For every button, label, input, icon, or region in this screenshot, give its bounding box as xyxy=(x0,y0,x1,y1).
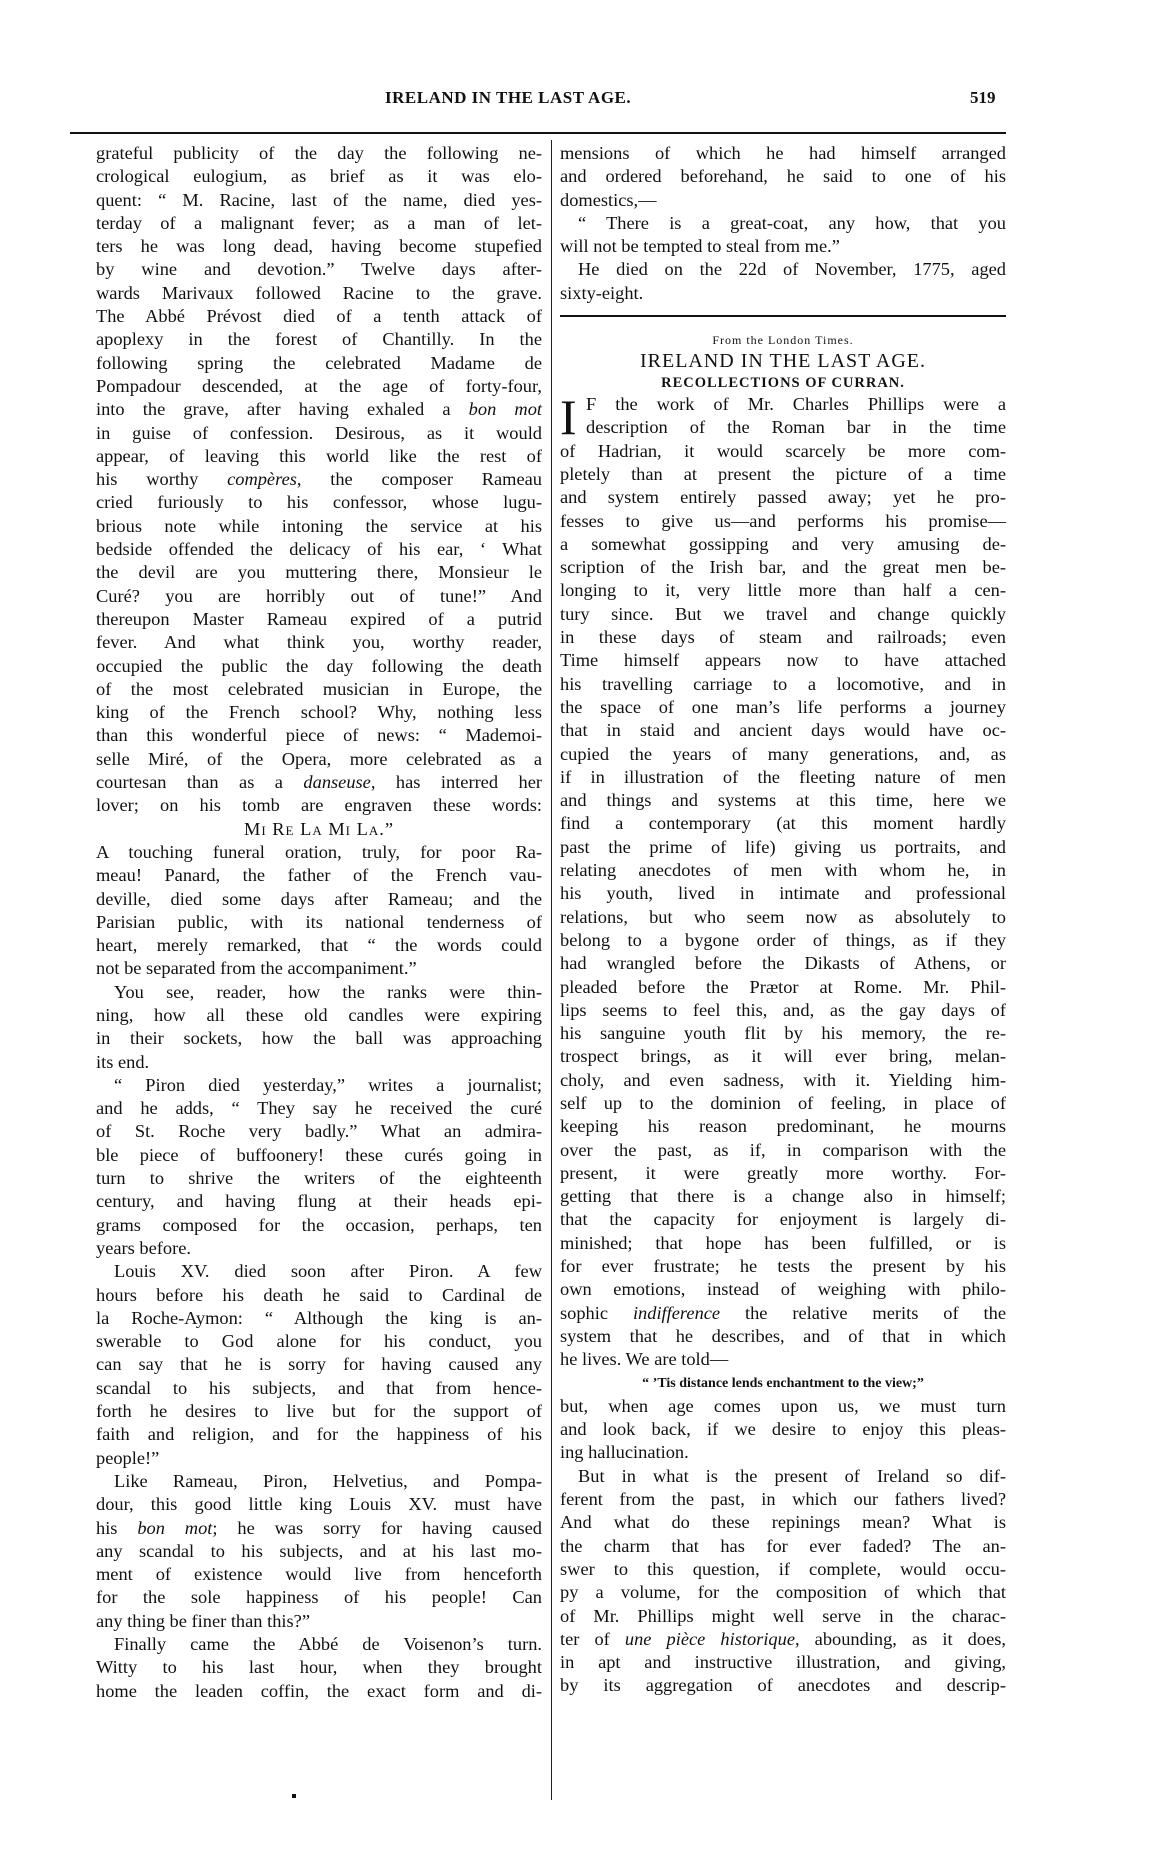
text-line: ter of une pièce historique, abounding, … xyxy=(560,1628,1006,1651)
text-line: occupied the public the day following th… xyxy=(96,655,542,678)
page-number: 519 xyxy=(970,88,996,108)
text-line: appear, of leaving this world like the r… xyxy=(96,445,542,468)
text-line: getting that there is a change also in h… xyxy=(560,1185,1006,1208)
section-rule xyxy=(560,315,1006,317)
text-line: for the sole happiness of his people! Ca… xyxy=(96,1586,542,1609)
text-line: meau! Panard, the father of the French v… xyxy=(96,864,542,887)
text-line: belong to a bygone order of things, as i… xyxy=(560,929,1006,952)
text-line: king of the French school? Why, nothing … xyxy=(96,701,542,724)
text-line: in apt and instructive illustration, and… xyxy=(560,1651,1006,1674)
text-line: by its aggregation of anecdotes and desc… xyxy=(560,1674,1006,1697)
text-line: self up to the dominion of feeling, in p… xyxy=(560,1092,1006,1115)
paragraph-start: He died on the 22d of November, 1775, ag… xyxy=(560,258,1006,281)
text-line: ble piece of buffoonery! these curés goi… xyxy=(96,1144,542,1167)
footer-mark xyxy=(292,1794,296,1798)
text-line: scandal to his subjects, and that from h… xyxy=(96,1377,542,1400)
text-line: Pompadour descended, at the age of forty… xyxy=(96,375,542,398)
text-line: for ever frustrate; he tests the present… xyxy=(560,1255,1006,1278)
text-line: can say that he is sorry for having caus… xyxy=(96,1353,542,1376)
text-line: py a volume, for the composition of whic… xyxy=(560,1581,1006,1604)
text-line: not be separated from the accompaniment.… xyxy=(96,957,542,980)
paragraph-start: Like Rameau, Piron, Helvetius, and Pompa… xyxy=(96,1470,542,1493)
text-line: cupied the years of many generations, an… xyxy=(560,743,1006,766)
column-divider xyxy=(551,140,552,1800)
text-line: domestics,— xyxy=(560,189,1006,212)
text-fragment: ; he was sorry for having caused xyxy=(212,1518,542,1538)
text-line: forth he desires to live but for the sup… xyxy=(96,1400,542,1423)
drop-cap: I xyxy=(560,394,577,440)
text-line: wards Marivaux followed Racine to the gr… xyxy=(96,282,542,305)
text-line: people!” xyxy=(96,1447,542,1470)
text-line: courtesan than as a danseuse, has interr… xyxy=(96,771,542,794)
text-line: keeping his reason predominant, he mourn… xyxy=(560,1115,1006,1138)
text-fragment: sophic xyxy=(560,1303,633,1323)
text-line: in their sockets, how the ball was appro… xyxy=(96,1027,542,1050)
text-line: of Mr. Phillips might well serve in the … xyxy=(560,1605,1006,1628)
text-line: swerable to God alone for his conduct, y… xyxy=(96,1330,542,1353)
text-line: if in illustration of the fleeting natur… xyxy=(560,766,1006,789)
text-line: The Abbé Prévost died of a tenth attack … xyxy=(96,305,542,328)
text-line: grams composed for the occasion, perhaps… xyxy=(96,1214,542,1237)
text-line: any thing be finer than this?” xyxy=(96,1610,542,1633)
text-line: own emotions, instead of weighing with p… xyxy=(560,1278,1006,1301)
paragraph-start: “ Piron died yesterday,” writes a journa… xyxy=(96,1074,542,1097)
text-line: lips seems to feel this, and, as the gay… xyxy=(560,999,1006,1022)
opening-paragraph: I F the work of Mr. Charles Phillips wer… xyxy=(560,393,1006,440)
text-line: choly, and even sadness, with it. Yieldi… xyxy=(560,1069,1006,1092)
text-line: apoplexy in the forest of Chantilly. In … xyxy=(96,328,542,351)
text-line: selle Miré, of the Opera, more celebrate… xyxy=(96,748,542,771)
text-line: his youth, lived in intimate and profess… xyxy=(560,882,1006,905)
italic-phrase: une pièce historique xyxy=(625,1629,795,1649)
text-line: A touching funeral oration, truly, for p… xyxy=(96,841,542,864)
text-line: and look back, if we desire to enjoy thi… xyxy=(560,1418,1006,1441)
text-line: deville, died some days after Rameau; an… xyxy=(96,888,542,911)
paragraph-start: But in what is the present of Ireland so… xyxy=(560,1465,1006,1488)
text-line: of the most celebrated musician in Europ… xyxy=(96,678,542,701)
text-line: pleaded before the Prætor at Rome. Mr. P… xyxy=(560,976,1006,999)
text-fragment: his worthy xyxy=(96,469,227,489)
text-line: in these days of steam and railroads; ev… xyxy=(560,626,1006,649)
text-line: any scandal to his subjects, and at his … xyxy=(96,1540,542,1563)
verse-quotation: “ ’Tis distance lends enchantment to the… xyxy=(560,1372,1006,1395)
text-line: relating anecdotes of men with whom he, … xyxy=(560,859,1006,882)
text-line: terday of a malignant fever; as a man of… xyxy=(96,212,542,235)
text-line: mensions of which he had himself arrange… xyxy=(560,142,1006,165)
text-line: and things and systems at this time, her… xyxy=(560,789,1006,812)
italic-phrase: compères xyxy=(227,469,297,489)
text-line: description of the Roman bar in the time xyxy=(560,416,1006,439)
text-line: ment of existence would live from hencef… xyxy=(96,1563,542,1586)
right-column: mensions of which he had himself arrange… xyxy=(560,142,1006,1698)
text-line: that the capacity for enjoyment is large… xyxy=(560,1208,1006,1231)
text-line: relations, but who seem now as absolutel… xyxy=(560,906,1006,929)
article-title: IRELAND IN THE LAST AGE. xyxy=(560,349,1006,373)
text-line: than this wonderful piece of news: “ Mad… xyxy=(96,724,542,747)
text-line: Witty to his last hour, when they brough… xyxy=(96,1656,542,1679)
text-line: had wrangled before the Dikasts of Athen… xyxy=(560,952,1006,975)
paragraph-start: Finally came the Abbé de Voisenon’s turn… xyxy=(96,1633,542,1656)
text-line: fever. And what think you, worthy reader… xyxy=(96,631,542,654)
text-line: into the grave, after having exhaled a b… xyxy=(96,398,542,421)
text-line: home the leaden coffin, the exact form a… xyxy=(96,1680,542,1703)
text-line: longing to it, very little more than hal… xyxy=(560,579,1006,602)
text-line: ning, how all these old candles were exp… xyxy=(96,1004,542,1027)
text-line: ing hallucination. xyxy=(560,1441,1006,1464)
text-line: tury since. But we travel and change qui… xyxy=(560,603,1006,626)
text-line: the space of one man’s life performs a j… xyxy=(560,696,1006,719)
paragraph-start: Louis XV. died soon after Piron. A few xyxy=(96,1260,542,1283)
text-fragment: his xyxy=(96,1518,137,1538)
text-line: thereupon Master Rameau expired of a put… xyxy=(96,608,542,631)
running-title: IRELAND IN THE LAST AGE. xyxy=(385,88,631,108)
text-line: of St. Roche very badly.” What an admira… xyxy=(96,1120,542,1143)
article-subtitle: RECOLLECTIONS OF CURRAN. xyxy=(560,373,1006,393)
text-fragment: , the composer Rameau xyxy=(297,469,542,489)
text-line: Parisian public, with its national tende… xyxy=(96,911,542,934)
text-fragment: , abounding, as it does, xyxy=(795,1629,1006,1649)
text-line: And what do these repinings mean? What i… xyxy=(560,1511,1006,1534)
text-fragment: , has interred her xyxy=(371,772,542,792)
italic-phrase: bon mot xyxy=(137,1518,212,1538)
text-line: crological eulogium, as brief as it was … xyxy=(96,165,542,188)
text-line: dour, this good little king Louis XV. mu… xyxy=(96,1493,542,1516)
text-line: the charm that has for ever faded? The a… xyxy=(560,1535,1006,1558)
text-line: la Roche-Aymon: “ Although the king is a… xyxy=(96,1307,542,1330)
left-column: grateful publicity of the day the follow… xyxy=(96,142,542,1703)
text-line: and ordered beforehand, he said to one o… xyxy=(560,165,1006,188)
text-line: his bon mot; he was sorry for having cau… xyxy=(96,1517,542,1540)
text-line: quent: “ M. Racine, last of the name, di… xyxy=(96,189,542,212)
text-line: by wine and devotion.” Twelve days after… xyxy=(96,258,542,281)
text-line: in guise of confession. Desirous, as it … xyxy=(96,422,542,445)
text-line: ters he was long dead, having become stu… xyxy=(96,235,542,258)
text-fragment: into the grave, after having exhaled a xyxy=(96,399,469,419)
text-fragment: courtesan than as a xyxy=(96,772,303,792)
text-line: F the work of Mr. Charles Phillips were … xyxy=(560,393,1006,416)
text-line: find a contemporary (at this moment hard… xyxy=(560,812,1006,835)
text-line: hours before his death he said to Cardin… xyxy=(96,1284,542,1307)
text-line: and he adds, “ They say he received the … xyxy=(96,1097,542,1120)
paragraph-start: You see, reader, how the ranks were thin… xyxy=(96,981,542,1004)
text-line: of Hadrian, it would scarcely be more co… xyxy=(560,440,1006,463)
text-line: lover; on his tomb are engraven these wo… xyxy=(96,794,542,817)
text-line: century, and having flung at their heads… xyxy=(96,1190,542,1213)
text-line: brious note while intoning the service a… xyxy=(96,515,542,538)
text-line: past the prime of life) giving us portra… xyxy=(560,836,1006,859)
text-line: system that he describes, and of that in… xyxy=(560,1325,1006,1348)
text-line: fesses to give us—and performs his promi… xyxy=(560,510,1006,533)
text-line: the devil are you muttering there, Monsi… xyxy=(96,561,542,584)
text-line: faith and religion, and for the happines… xyxy=(96,1423,542,1446)
text-line: over the past, as if, in comparison with… xyxy=(560,1139,1006,1162)
text-line: his travelling carriage to a locomotive,… xyxy=(560,673,1006,696)
text-line: his sanguine youth flit by his memory, t… xyxy=(560,1022,1006,1045)
text-line: present, it were greatly more worthy. Fo… xyxy=(560,1162,1006,1185)
header-rule xyxy=(70,132,1006,134)
text-line: Curé? you are horribly out of tune!” And xyxy=(96,585,542,608)
text-line: sixty-eight. xyxy=(560,282,1006,305)
running-head: IRELAND IN THE LAST AGE. 519 xyxy=(0,88,1176,118)
text-line: swer to this question, if complete, woul… xyxy=(560,1558,1006,1581)
italic-phrase: indifference xyxy=(633,1303,720,1323)
paragraph-start: “ There is a great-coat, any how, that y… xyxy=(560,212,1006,235)
text-line: ferent from the past, in which our fathe… xyxy=(560,1488,1006,1511)
text-line: its end. xyxy=(96,1051,542,1074)
text-line: minished; that hope has been fulfilled, … xyxy=(560,1232,1006,1255)
text-line: cried furiously to his confessor, whose … xyxy=(96,491,542,514)
text-line: a somewhat gossipping and very amusing d… xyxy=(560,533,1006,556)
text-line: sophic indifference the relative merits … xyxy=(560,1302,1006,1325)
text-line: bedside offended the delicacy of his ear… xyxy=(96,538,542,561)
text-line: Time himself appears now to have attache… xyxy=(560,649,1006,672)
text-line: trospect brings, as it will ever bring, … xyxy=(560,1045,1006,1068)
text-line: following spring the celebrated Madame d… xyxy=(96,352,542,375)
text-line: pletely than at present the picture of a… xyxy=(560,463,1006,486)
text-line: grateful publicity of the day the follow… xyxy=(96,142,542,165)
text-line: his worthy compères, the composer Rameau xyxy=(96,468,542,491)
text-line: but, when age comes upon us, we must tur… xyxy=(560,1395,1006,1418)
text-line: he lives. We are told— xyxy=(560,1348,1006,1371)
italic-phrase: danseuse xyxy=(303,772,370,792)
italic-phrase: bon mot xyxy=(469,399,542,419)
text-line: scription of the Irish bar, and the grea… xyxy=(560,556,1006,579)
text-line: will not be tempted to steal from me.” xyxy=(560,235,1006,258)
epitaph: Mi Re La Mi La.” xyxy=(96,818,542,841)
text-fragment: ter of xyxy=(560,1629,625,1649)
text-line: and system entirely passed away; yet he … xyxy=(560,486,1006,509)
article-source: From the London Times. xyxy=(560,331,1006,349)
text-line: that in staid and ancient days would hav… xyxy=(560,719,1006,742)
text-line: heart, merely remarked, that “ the words… xyxy=(96,934,542,957)
text-line: years before. xyxy=(96,1237,542,1260)
text-fragment: the relative merits of the xyxy=(720,1303,1006,1323)
text-line: turn to shrive the writers of the eighte… xyxy=(96,1167,542,1190)
